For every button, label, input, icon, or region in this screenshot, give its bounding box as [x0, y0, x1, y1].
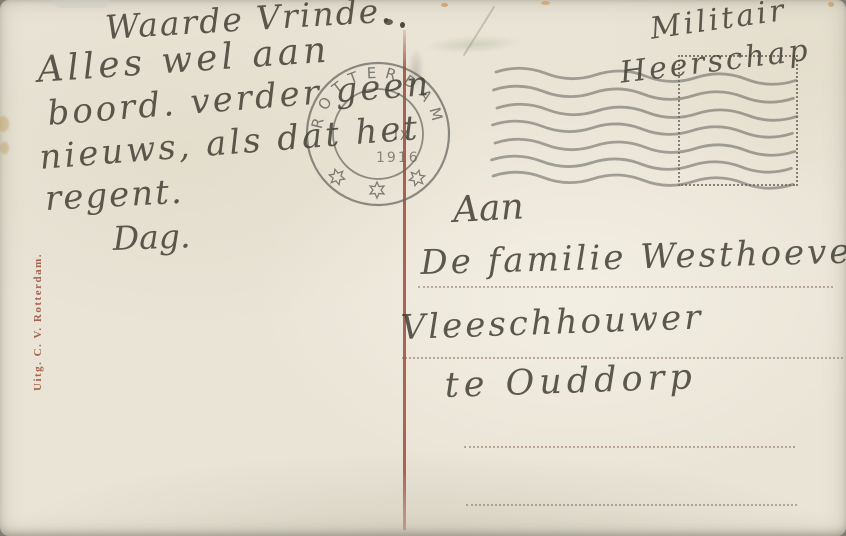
ink-smudge: [425, 33, 524, 55]
paper-speck: [828, 2, 834, 7]
paper-stain: [0, 142, 9, 154]
address-line: De familie Westhoeve.: [420, 231, 846, 283]
postmark-star: [328, 167, 346, 186]
address-line-rule: [466, 504, 797, 506]
address-line-rule: [464, 446, 795, 448]
publisher-imprint: Uitg. C. V. Rotterdam.: [32, 247, 48, 397]
postmark-star: [408, 168, 426, 187]
message-signoff: Dag.: [112, 216, 191, 258]
address-line: te Ouddorp: [444, 357, 697, 406]
address-line-rule: [418, 286, 833, 288]
postmark-year: 1916: [376, 150, 420, 166]
paper-speck: [541, 1, 550, 5]
address-line: Aan: [452, 186, 525, 231]
paper-speck: [441, 3, 448, 7]
postcard: Uitg. C. V. Rotterdam. ROTTERDAM IX 19: [0, 0, 846, 536]
ink-blot: [400, 22, 405, 28]
paper-chip: [52, 0, 110, 8]
address-line-rule: [402, 357, 843, 359]
message-line: regent.: [44, 172, 185, 219]
postmark-star: [370, 182, 384, 198]
address-line: Vleeschhouwer: [400, 297, 704, 348]
paper-stain: [0, 116, 9, 132]
